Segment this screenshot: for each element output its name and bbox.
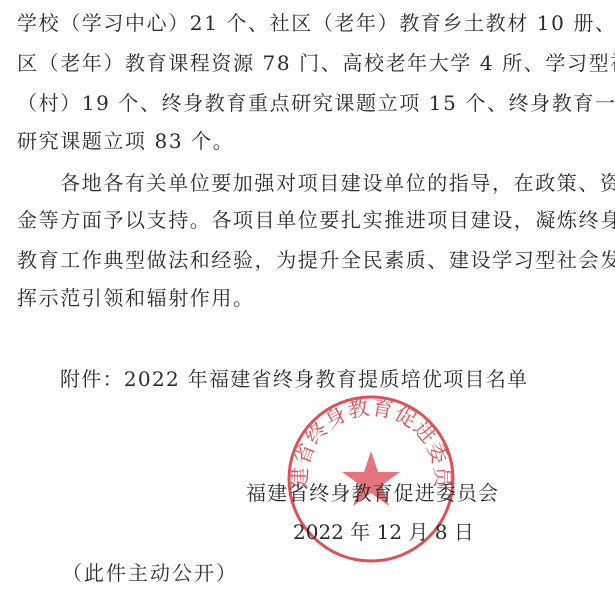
- signature-date: 2022 年 12 月 8 日: [293, 518, 454, 546]
- paragraph-2-line-3: 教育工作典型做法和经验，为提升全民素质、建设学习型社会发: [17, 246, 599, 274]
- paragraph-1-line-3: （村）19 个、终身教育重点研究课题立项 15 个、终身教育一般: [17, 89, 599, 117]
- paragraph-2-line-4: 挥示范引领和辐射作用。: [17, 284, 599, 312]
- signature-organization: 福建省终身教育促进委员会: [246, 479, 498, 507]
- attachment-line: 附件：2022 年福建省终身教育提质培优项目名单: [60, 365, 528, 393]
- paragraph-2-line-2: 金等方面予以支持。各项目单位要扎实推进项目建设，凝炼终身: [17, 206, 599, 234]
- paragraph-2-line-1: 各地各有关单位要加强对项目建设单位的指导，在政策、资: [60, 169, 599, 197]
- paragraph-1-line-4: 研究课题立项 83 个。: [17, 127, 599, 155]
- footer-note: （此件主动公开）: [62, 559, 238, 587]
- paragraph-1-line-2: 区（老年）教育课程资源 78 门、高校老年大学 4 所、学习型社区: [17, 49, 599, 77]
- paragraph-1-line-1: 学校（学习中心）21 个、社区（老年）教育乡土教材 10 册、社: [17, 9, 599, 37]
